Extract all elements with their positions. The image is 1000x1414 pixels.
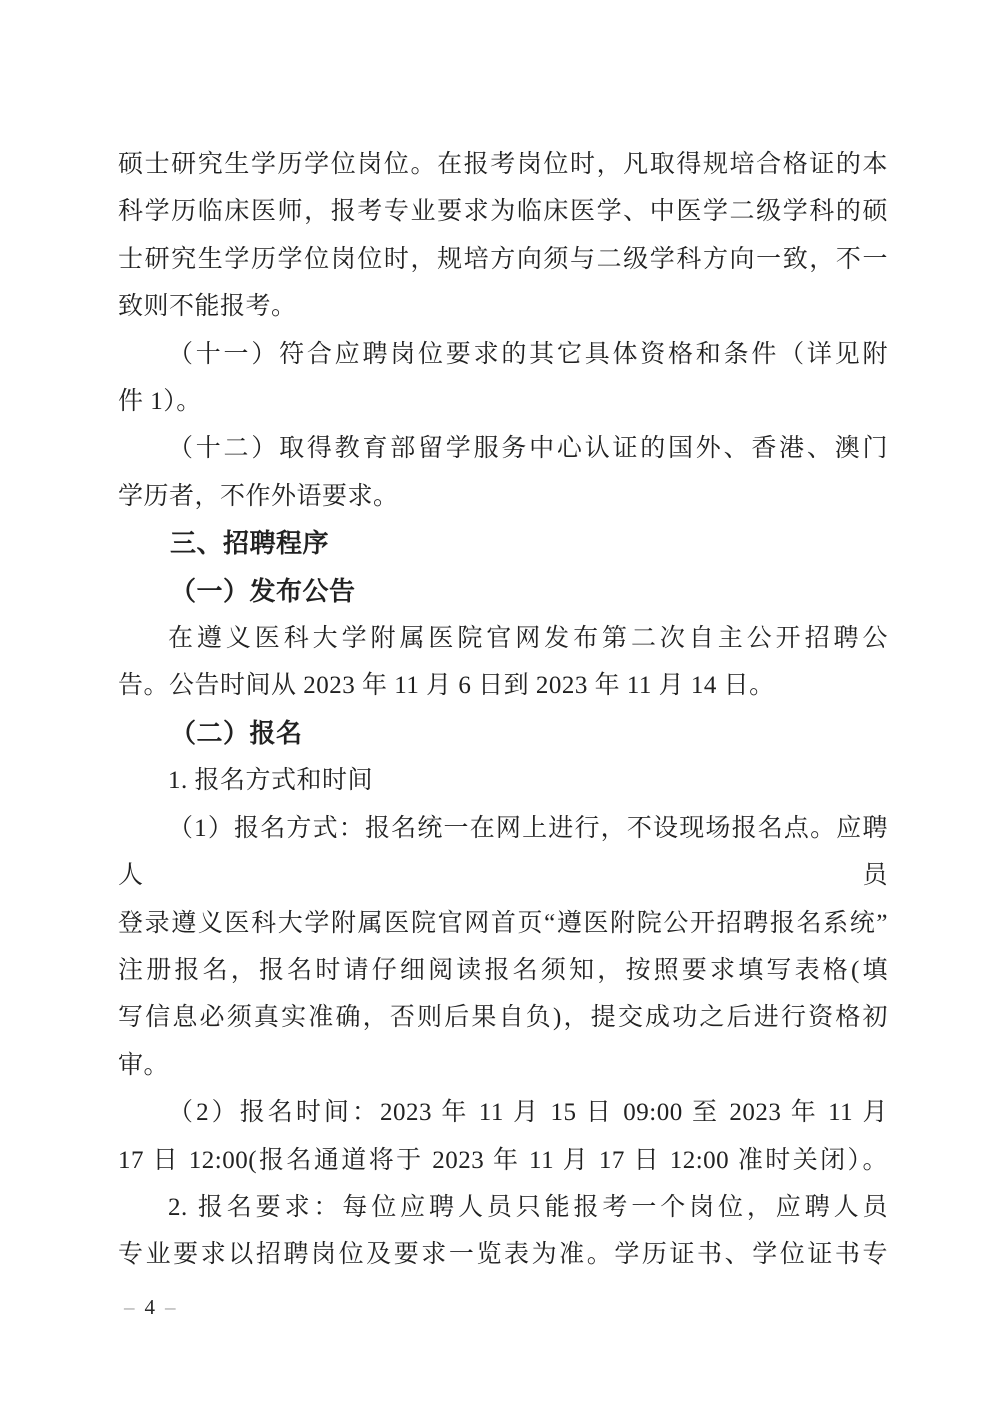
text-line: 硕士研究生学历学位岗位。在报考岗位时，凡取得规培合格证的本: [118, 141, 888, 188]
text-line: （十二）取得教育部留学服务中心认证的国外、香港、澳门: [118, 425, 888, 472]
text-line: 写信息必须真实准确，否则后果自负)，提交成功之后进行资格初: [118, 994, 888, 1041]
page-footer: –4–: [124, 1294, 177, 1320]
text-line: 登录遵义医科大学附属医院官网首页“遵医附院公开招聘报名系统”: [118, 900, 888, 947]
document-page: 硕士研究生学历学位岗位。在报考岗位时，凡取得规培合格证的本 科学历临床医师，报考…: [0, 0, 1000, 1414]
text-line: （十一）符合应聘岗位要求的其它具体资格和条件（详见附: [118, 331, 888, 378]
text-line: 告。公告时间从 2023 年 11 月 6 日到 2023 年 11 月 14 …: [118, 662, 888, 709]
text-line: 致则不能报考。: [118, 283, 888, 330]
text-line: （2）报名时间：2023 年 11 月 15 日 09:00 至 2023 年 …: [118, 1089, 888, 1136]
text-line: 17 日 12:00(报名通道将于 2023 年 11 月 17 日 12:00…: [118, 1137, 888, 1184]
page-number: 4: [145, 1295, 157, 1319]
text-line: 专业要求以招聘岗位及要求一览表为准。学历证书、学位证书专: [118, 1231, 888, 1278]
footer-dash-right: –: [165, 1295, 177, 1319]
heading-publish-announcement: （一）发布公告: [118, 568, 888, 615]
text-line: 2. 报名要求：每位应聘人员只能报考一个岗位，应聘人员: [118, 1184, 888, 1231]
text-line: 学历者，不作外语要求。: [118, 473, 888, 520]
text-line: 士研究生学历学位岗位时，规培方向须与二级学科方向一致，不一: [118, 236, 888, 283]
text-line: 1. 报名方式和时间: [118, 757, 888, 804]
document-content: 硕士研究生学历学位岗位。在报考岗位时，凡取得规培合格证的本 科学历临床医师，报考…: [118, 141, 888, 1279]
heading-recruitment-procedure: 三、招聘程序: [118, 520, 888, 567]
heading-registration: （二）报名: [118, 710, 888, 757]
text-line: （1）报名方式：报名统一在网上进行，不设现场报名点。应聘人员: [118, 805, 888, 900]
footer-dash-left: –: [124, 1295, 136, 1319]
text-line: 在遵义医科大学附属医院官网发布第二次自主公开招聘公: [118, 615, 888, 662]
text-line: 件 1）。: [118, 378, 888, 425]
text-line: 审。: [118, 1042, 888, 1089]
text-line: 注册报名，报名时请仔细阅读报名须知，按照要求填写表格(填: [118, 947, 888, 994]
text-line: 科学历临床医师，报考专业要求为临床医学、中医学二级学科的硕: [118, 188, 888, 235]
